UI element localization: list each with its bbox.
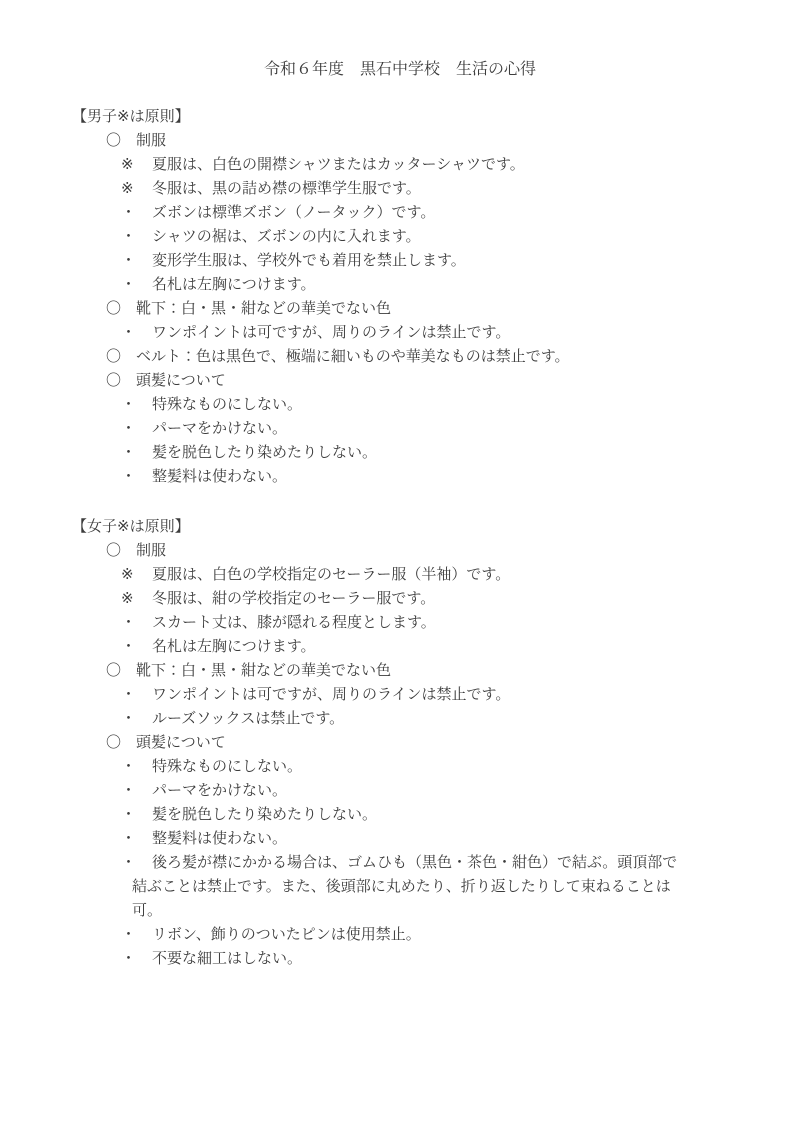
section-items: 〇 制服 ※ 夏服は、白色の学校指定のセーラー服（半袖）です。 ※ 冬服は、紺の… xyxy=(72,539,728,971)
list-item-text: 特殊なものにしない。 xyxy=(132,393,692,417)
list-item: ・ パーマをかけない。 xyxy=(72,779,728,803)
list-item: ・ 整髪料は使わない。 xyxy=(72,827,728,851)
list-item: 〇 頭髪について xyxy=(72,369,728,393)
list-item: ・ ズボンは標準ズボン（ノータック）です。 xyxy=(72,201,728,225)
list-item-text: スカート丈は、膝が隠れる程度とします。 xyxy=(132,611,692,635)
list-item-text: シャツの裾は、ズボンの内に入れます。 xyxy=(132,225,692,249)
list-item: ※ 冬服は、黒の詰め襟の標準学生服です。 xyxy=(72,177,728,201)
list-item-text: 髪を脱色したり染めたりしない。 xyxy=(132,441,692,465)
list-item: ・ ルーズソックスは禁止です。 xyxy=(72,707,728,731)
list-item-text: 靴下：白・黒・紺などの華美でない色 xyxy=(136,297,728,321)
list-item: ・ 髪を脱色したり染めたりしない。 xyxy=(72,441,728,465)
list-item-text: パーマをかけない。 xyxy=(132,779,692,803)
list-item-text: 制服 xyxy=(136,539,728,563)
list-item: ・ 変形学生服は、学校外でも着用を禁止します。 xyxy=(72,249,728,273)
list-item-text: 髪を脱色したり染めたりしない。 xyxy=(132,803,692,827)
section-items: 〇 制服 ※ 夏服は、白色の開襟シャツまたはカッターシャツです。 ※ 冬服は、黒… xyxy=(72,129,728,489)
list-item-marker: 〇 xyxy=(106,297,136,321)
document-body: 【男子※は原則】 〇 制服 ※ 夏服は、白色の開襟シャツまたはカッターシャツです… xyxy=(72,105,728,971)
list-item-marker: 〇 xyxy=(106,539,136,563)
list-item-text: リボン、飾りのついたピンは使用禁止。 xyxy=(132,923,692,947)
list-item: 〇 靴下：白・黒・紺などの華美でない色 xyxy=(72,297,728,321)
list-item: ・ 整髪料は使わない。 xyxy=(72,465,728,489)
list-item: ・ 名札は左胸につけます。 xyxy=(72,635,728,659)
list-item-text: ワンポイントは可ですが、周りのラインは禁止です。 xyxy=(132,321,692,345)
list-item-text: ズボンは標準ズボン（ノータック）です。 xyxy=(132,201,692,225)
list-item-text: 制服 xyxy=(136,129,728,153)
list-item-text: 名札は左胸につけます。 xyxy=(132,273,692,297)
list-item: ・ リボン、飾りのついたピンは使用禁止。 xyxy=(72,923,728,947)
list-item-text: 冬服は、紺の学校指定のセーラー服です。 xyxy=(132,587,692,611)
list-item: ・ シャツの裾は、ズボンの内に入れます。 xyxy=(72,225,728,249)
list-item-text: 整髪料は使わない。 xyxy=(132,827,692,851)
list-item-marker: 〇 xyxy=(106,345,136,369)
list-item-text: ワンポイントは可ですが、周りのラインは禁止です。 xyxy=(132,683,692,707)
document-title: 令和６年度 黒石中学校 生活の心得 xyxy=(72,58,728,82)
list-item: ・ 後ろ髪が襟にかかる場合は、ゴムひも（黒色・茶色・紺色）で結ぶ。頭頂部で結ぶこ… xyxy=(72,851,728,923)
list-item: ・ ワンポイントは可ですが、周りのラインは禁止です。 xyxy=(72,321,728,345)
list-item-text: 特殊なものにしない。 xyxy=(132,755,692,779)
list-item-marker: 〇 xyxy=(106,731,136,755)
list-item-text: 夏服は、白色の開襟シャツまたはカッターシャツです。 xyxy=(132,153,692,177)
rules-section: 【男子※は原則】 〇 制服 ※ 夏服は、白色の開襟シャツまたはカッターシャツです… xyxy=(72,105,728,489)
list-item: 〇 ベルト：色は黒色で、極端に細いものや華美なものは禁止です。 xyxy=(72,345,728,369)
list-item-marker: 〇 xyxy=(106,129,136,153)
list-item: 〇 頭髪について xyxy=(72,731,728,755)
list-item-text: 後ろ髪が襟にかかる場合は、ゴムひも（黒色・茶色・紺色）で結ぶ。頭頂部で結ぶことは… xyxy=(132,851,692,923)
list-item: ・ 髪を脱色したり染めたりしない。 xyxy=(72,803,728,827)
list-item: ・ 不要な細工はしない。 xyxy=(72,947,728,971)
list-item-marker: 〇 xyxy=(106,369,136,393)
list-item: ※ 夏服は、白色の学校指定のセーラー服（半袖）です。 xyxy=(72,563,728,587)
list-item: ・ パーマをかけない。 xyxy=(72,417,728,441)
list-item-text: 不要な細工はしない。 xyxy=(132,947,692,971)
list-item: ・ 特殊なものにしない。 xyxy=(72,755,728,779)
list-item: 〇 靴下：白・黒・紺などの華美でない色 xyxy=(72,659,728,683)
rules-section: 【女子※は原則】 〇 制服 ※ 夏服は、白色の学校指定のセーラー服（半袖）です。… xyxy=(72,515,728,971)
list-item-text: ルーズソックスは禁止です。 xyxy=(132,707,692,731)
list-item: ・ 名札は左胸につけます。 xyxy=(72,273,728,297)
list-item-text: 頭髪について xyxy=(136,731,728,755)
list-item-text: 夏服は、白色の学校指定のセーラー服（半袖）です。 xyxy=(132,563,692,587)
list-item-text: 冬服は、黒の詰め襟の標準学生服です。 xyxy=(132,177,692,201)
list-item-text: 整髪料は使わない。 xyxy=(132,465,692,489)
list-item-text: ベルト：色は黒色で、極端に細いものや華美なものは禁止です。 xyxy=(136,345,728,369)
list-item-text: パーマをかけない。 xyxy=(132,417,692,441)
list-item: 〇 制服 xyxy=(72,539,728,563)
list-item: ・ 特殊なものにしない。 xyxy=(72,393,728,417)
list-item-text: 変形学生服は、学校外でも着用を禁止します。 xyxy=(132,249,692,273)
list-item-text: 頭髪について xyxy=(136,369,728,393)
list-item: 〇 制服 xyxy=(72,129,728,153)
list-item: ・ スカート丈は、膝が隠れる程度とします。 xyxy=(72,611,728,635)
section-heading: 【女子※は原則】 xyxy=(72,515,728,539)
section-heading: 【男子※は原則】 xyxy=(72,105,728,129)
list-item-text: 靴下：白・黒・紺などの華美でない色 xyxy=(136,659,728,683)
list-item: ※ 冬服は、紺の学校指定のセーラー服です。 xyxy=(72,587,728,611)
list-item-marker: 〇 xyxy=(106,659,136,683)
document-page: 令和６年度 黒石中学校 生活の心得 【男子※は原則】 〇 制服 ※ 夏服は、白色… xyxy=(0,0,800,1130)
list-item: ※ 夏服は、白色の開襟シャツまたはカッターシャツです。 xyxy=(72,153,728,177)
list-item: ・ ワンポイントは可ですが、周りのラインは禁止です。 xyxy=(72,683,728,707)
list-item-text: 名札は左胸につけます。 xyxy=(132,635,692,659)
